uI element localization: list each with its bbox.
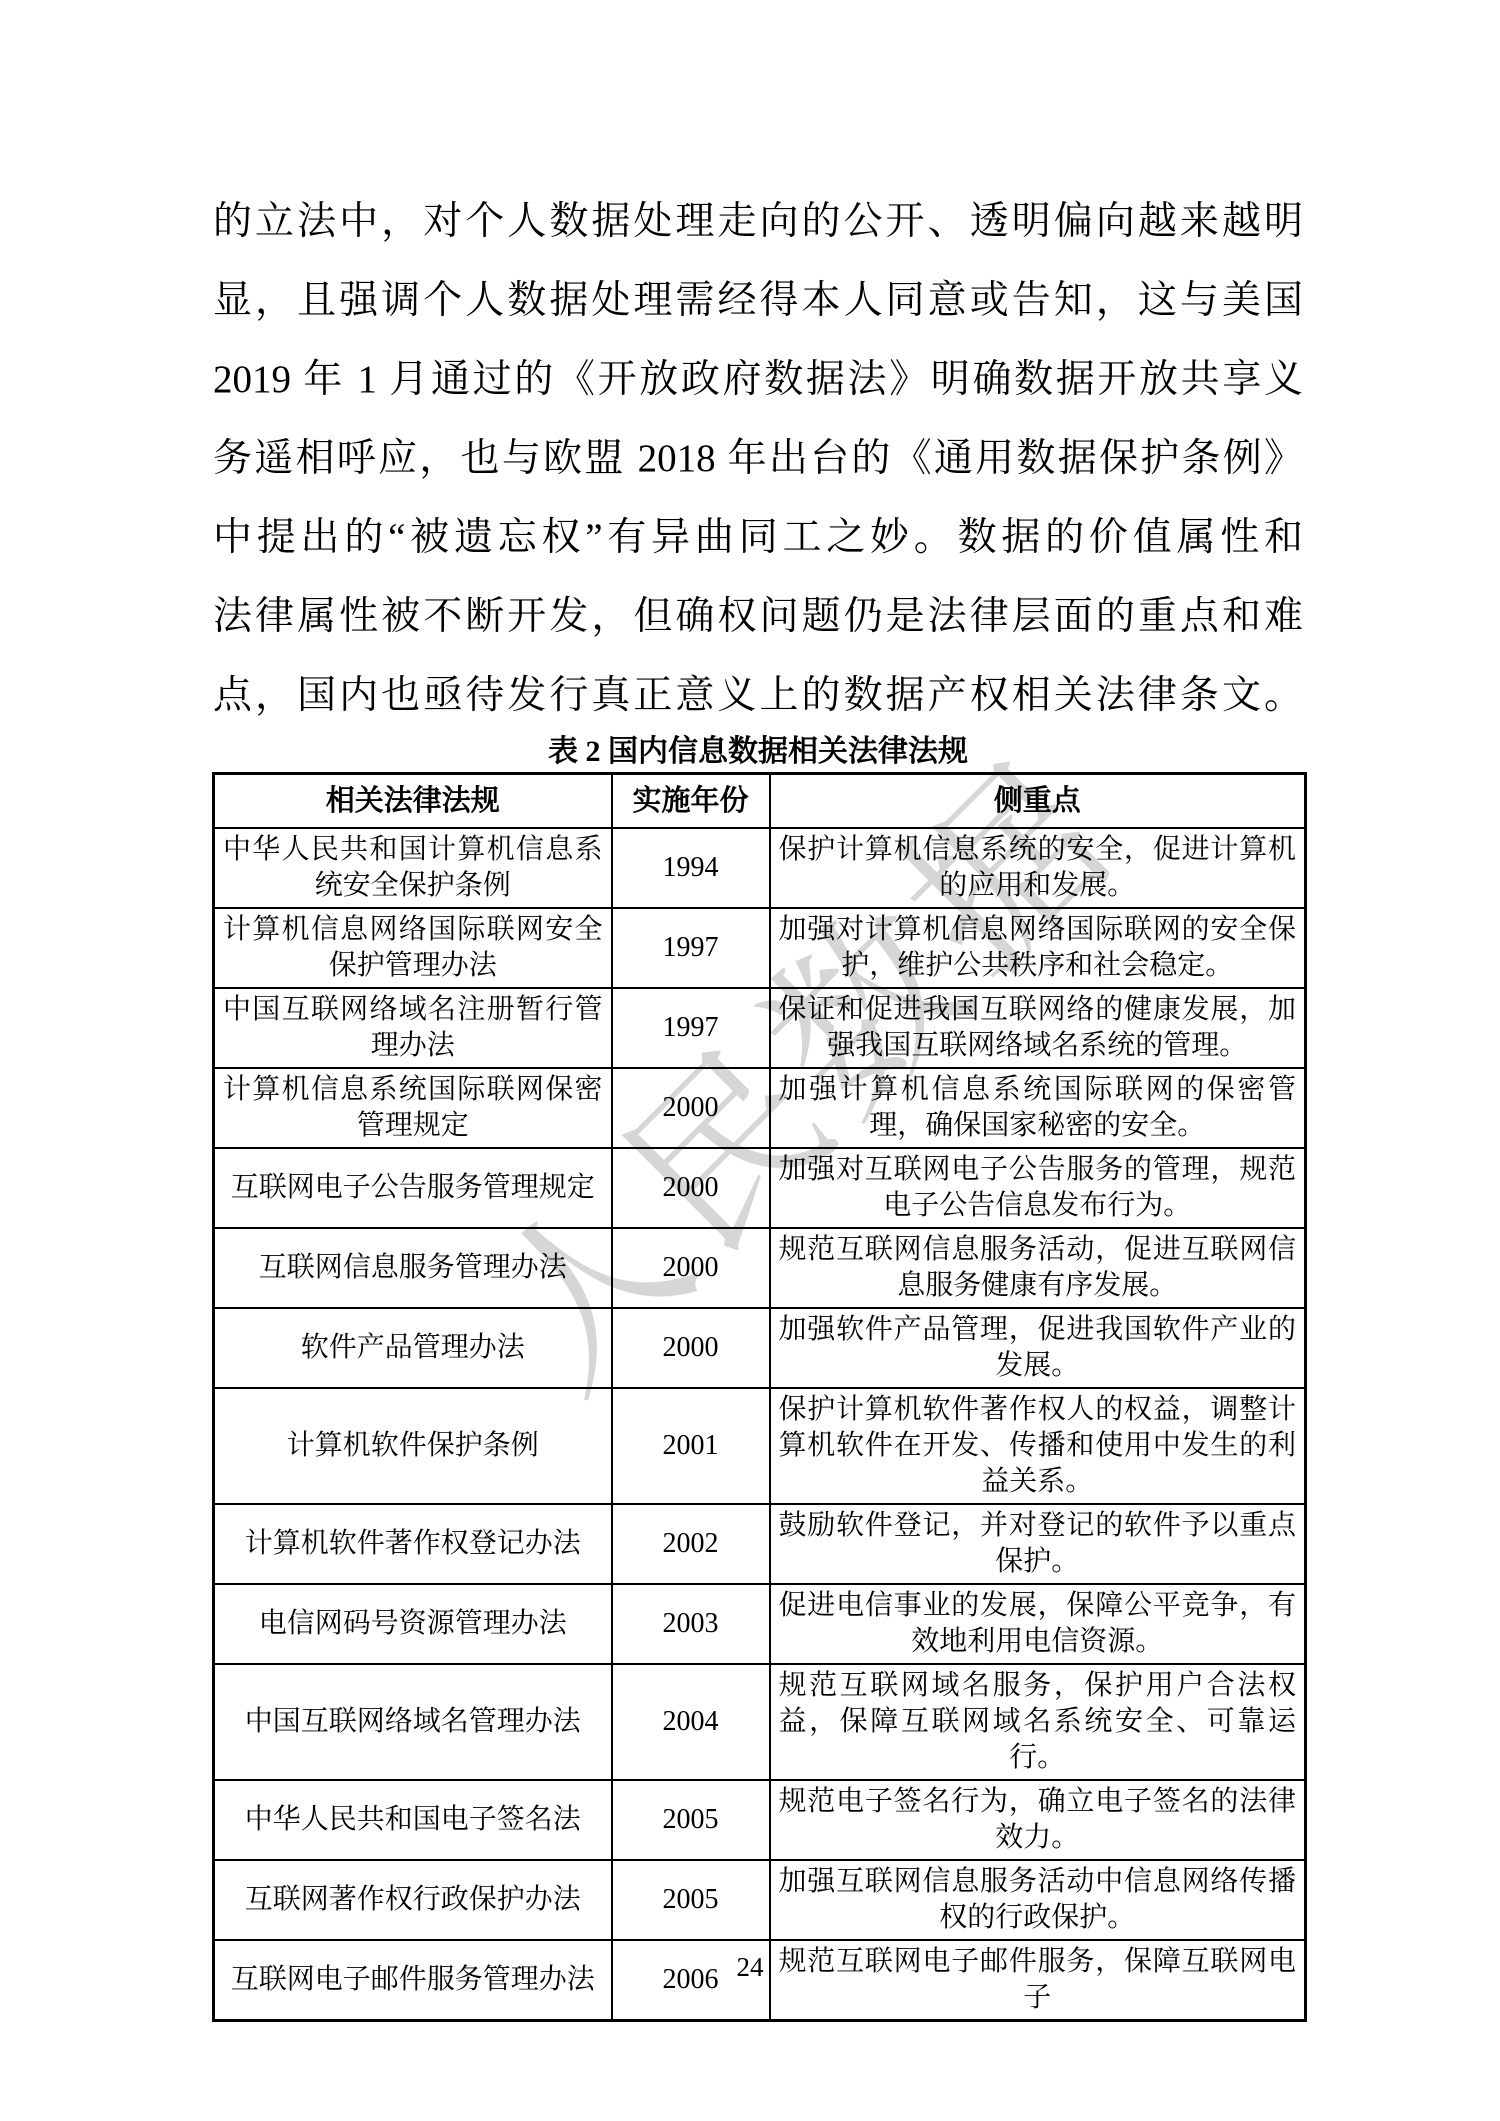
- body-paragraph: 的立法中，对个人数据处理走向的公开、透明偏向越来越明 显，且强调个人数据处理需经…: [213, 182, 1303, 735]
- paragraph-line: 法律属性被不断开发，但确权问题仍是法律层面的重点和难: [213, 577, 1303, 656]
- year-cell: 2006: [612, 1940, 770, 2021]
- paragraph-line: 显，且强调个人数据处理需经得本人同意或告知，这与美国: [213, 261, 1303, 340]
- year-cell: 2002: [612, 1504, 770, 1584]
- focus-cell: 规范互联网信息服务活动，促进互联网信息服务健康有序发展。: [770, 1228, 1306, 1308]
- law-name-cell: 互联网著作权行政保护办法: [214, 1860, 612, 1940]
- focus-cell: 规范电子签名行为，确立电子签名的法律效力。: [770, 1780, 1306, 1860]
- year-cell: 2001: [612, 1388, 770, 1504]
- table-row: 计算机软件保护条例2001保护计算机软件著作权人的权益，调整计算机软件在开发、传…: [214, 1388, 1306, 1504]
- table-row: 中华人民共和国计算机信息系统安全保护条例1994保护计算机信息系统的安全，促进计…: [214, 828, 1306, 908]
- focus-cell: 保护计算机软件著作权人的权益，调整计算机软件在开发、传播和使用中发生的利益关系。: [770, 1388, 1306, 1504]
- law-name-cell: 计算机信息网络国际联网安全保护管理办法: [214, 908, 612, 988]
- law-table: 相关法律法规 实施年份 侧重点 中华人民共和国计算机信息系统安全保护条例1994…: [212, 772, 1307, 2022]
- law-name-cell: 计算机信息系统国际联网保密管理规定: [214, 1068, 612, 1148]
- focus-cell: 促进电信事业的发展，保障公平竞争，有效地利用电信资源。: [770, 1584, 1306, 1664]
- law-name-cell: 互联网电子邮件服务管理办法: [214, 1940, 612, 2021]
- header-focus-column: 侧重点: [770, 774, 1306, 829]
- year-cell: 2000: [612, 1148, 770, 1228]
- content-layer: 的立法中，对个人数据处理走向的公开、透明偏向越来越明 显，且强调个人数据处理需经…: [0, 0, 1500, 2121]
- focus-cell: 加强互联网信息服务活动中信息网络传播权的行政保护。: [770, 1860, 1306, 1940]
- table-row: 软件产品管理办法2000加强软件产品管理，促进我国软件产业的发展。: [214, 1308, 1306, 1388]
- table-title: 表 2 国内信息数据相关法律法规: [213, 733, 1303, 771]
- table-row: 计算机信息网络国际联网安全保护管理办法1997加强对计算机信息网络国际联网的安全…: [214, 908, 1306, 988]
- law-name-cell: 软件产品管理办法: [214, 1308, 612, 1388]
- law-name-cell: 互联网信息服务管理办法: [214, 1228, 612, 1308]
- focus-cell: 加强软件产品管理，促进我国软件产业的发展。: [770, 1308, 1306, 1388]
- paragraph-line: 中提出的“被遗忘权”有异曲同工之妙。数据的价值属性和: [213, 498, 1303, 577]
- table-row: 互联网信息服务管理办法2000规范互联网信息服务活动，促进互联网信息服务健康有序…: [214, 1228, 1306, 1308]
- table-row: 互联网电子公告服务管理规定2000加强对互联网电子公告服务的管理，规范电子公告信…: [214, 1148, 1306, 1228]
- header-row: 相关法律法规 实施年份 侧重点: [214, 774, 1306, 829]
- focus-cell: 保护计算机信息系统的安全，促进计算机的应用和发展。: [770, 828, 1306, 908]
- focus-cell: 保证和促进我国互联网络的健康发展，加强我国互联网络域名系统的管理。: [770, 988, 1306, 1068]
- focus-cell: 规范互联网域名服务，保护用户合法权益，保障互联网域名系统安全、可靠运行。: [770, 1664, 1306, 1780]
- year-cell: 2003: [612, 1584, 770, 1664]
- law-name-cell: 中国互联网络域名管理办法: [214, 1664, 612, 1780]
- law-name-cell: 互联网电子公告服务管理规定: [214, 1148, 612, 1228]
- table-row: 计算机信息系统国际联网保密管理规定2000加强计算机信息系统国际联网的保密管理，…: [214, 1068, 1306, 1148]
- table-row: 中国互联网络域名管理办法2004规范互联网域名服务，保护用户合法权益，保障互联网…: [214, 1664, 1306, 1780]
- table-row: 中国互联网络域名注册暂行管理办法1997保证和促进我国互联网络的健康发展，加强我…: [214, 988, 1306, 1068]
- law-name-cell: 中华人民共和国计算机信息系统安全保护条例: [214, 828, 612, 908]
- table-row: 互联网电子邮件服务管理办法2006规范互联网电子邮件服务，保障互联网电子: [214, 1940, 1306, 2021]
- law-name-cell: 电信网码号资源管理办法: [214, 1584, 612, 1664]
- table-row: 互联网著作权行政保护办法2005加强互联网信息服务活动中信息网络传播权的行政保护…: [214, 1860, 1306, 1940]
- focus-cell: 加强对计算机信息网络国际联网的安全保护，维护公共秩序和社会稳定。: [770, 908, 1306, 988]
- document-page: 人民数据 的立法中，对个人数据处理走向的公开、透明偏向越来越明 显，且强调个人数…: [0, 0, 1500, 2121]
- law-name-cell: 中国互联网络域名注册暂行管理办法: [214, 988, 612, 1068]
- year-cell: 2000: [612, 1068, 770, 1148]
- year-cell: 2000: [612, 1308, 770, 1388]
- focus-cell: 鼓励软件登记，并对登记的软件予以重点保护。: [770, 1504, 1306, 1584]
- focus-cell: 加强对互联网电子公告服务的管理，规范电子公告信息发布行为。: [770, 1148, 1306, 1228]
- law-name-cell: 计算机软件著作权登记办法: [214, 1504, 612, 1584]
- paragraph-line: 务遥相呼应，也与欧盟 2018 年出台的《通用数据保护条例》: [213, 419, 1303, 498]
- law-name-cell: 中华人民共和国电子签名法: [214, 1780, 612, 1860]
- year-cell: 2004: [612, 1664, 770, 1780]
- year-cell: 2000: [612, 1228, 770, 1308]
- focus-cell: 规范互联网电子邮件服务，保障互联网电子: [770, 1940, 1306, 2021]
- year-cell: 1994: [612, 828, 770, 908]
- paragraph-line: 2019 年 1 月通过的《开放政府数据法》明确数据开放共享义: [213, 340, 1303, 419]
- law-name-cell: 计算机软件保护条例: [214, 1388, 612, 1504]
- year-cell: 1997: [612, 908, 770, 988]
- year-cell: 2005: [612, 1780, 770, 1860]
- year-cell: 1997: [612, 988, 770, 1068]
- header-year-column: 实施年份: [612, 774, 770, 829]
- table-row: 电信网码号资源管理办法2003促进电信事业的发展，保障公平竞争，有效地利用电信资…: [214, 1584, 1306, 1664]
- year-cell: 2005: [612, 1860, 770, 1940]
- paragraph-line: 的立法中，对个人数据处理走向的公开、透明偏向越来越明: [213, 182, 1303, 261]
- focus-cell: 加强计算机信息系统国际联网的保密管理，确保国家秘密的安全。: [770, 1068, 1306, 1148]
- paragraph-line: 点，国内也亟待发行真正意义上的数据产权相关法律条文。: [213, 656, 1303, 735]
- table-row: 计算机软件著作权登记办法2002鼓励软件登记，并对登记的软件予以重点保护。: [214, 1504, 1306, 1584]
- table-row: 中华人民共和国电子签名法2005规范电子签名行为，确立电子签名的法律效力。: [214, 1780, 1306, 1860]
- header-law-column: 相关法律法规: [214, 774, 612, 829]
